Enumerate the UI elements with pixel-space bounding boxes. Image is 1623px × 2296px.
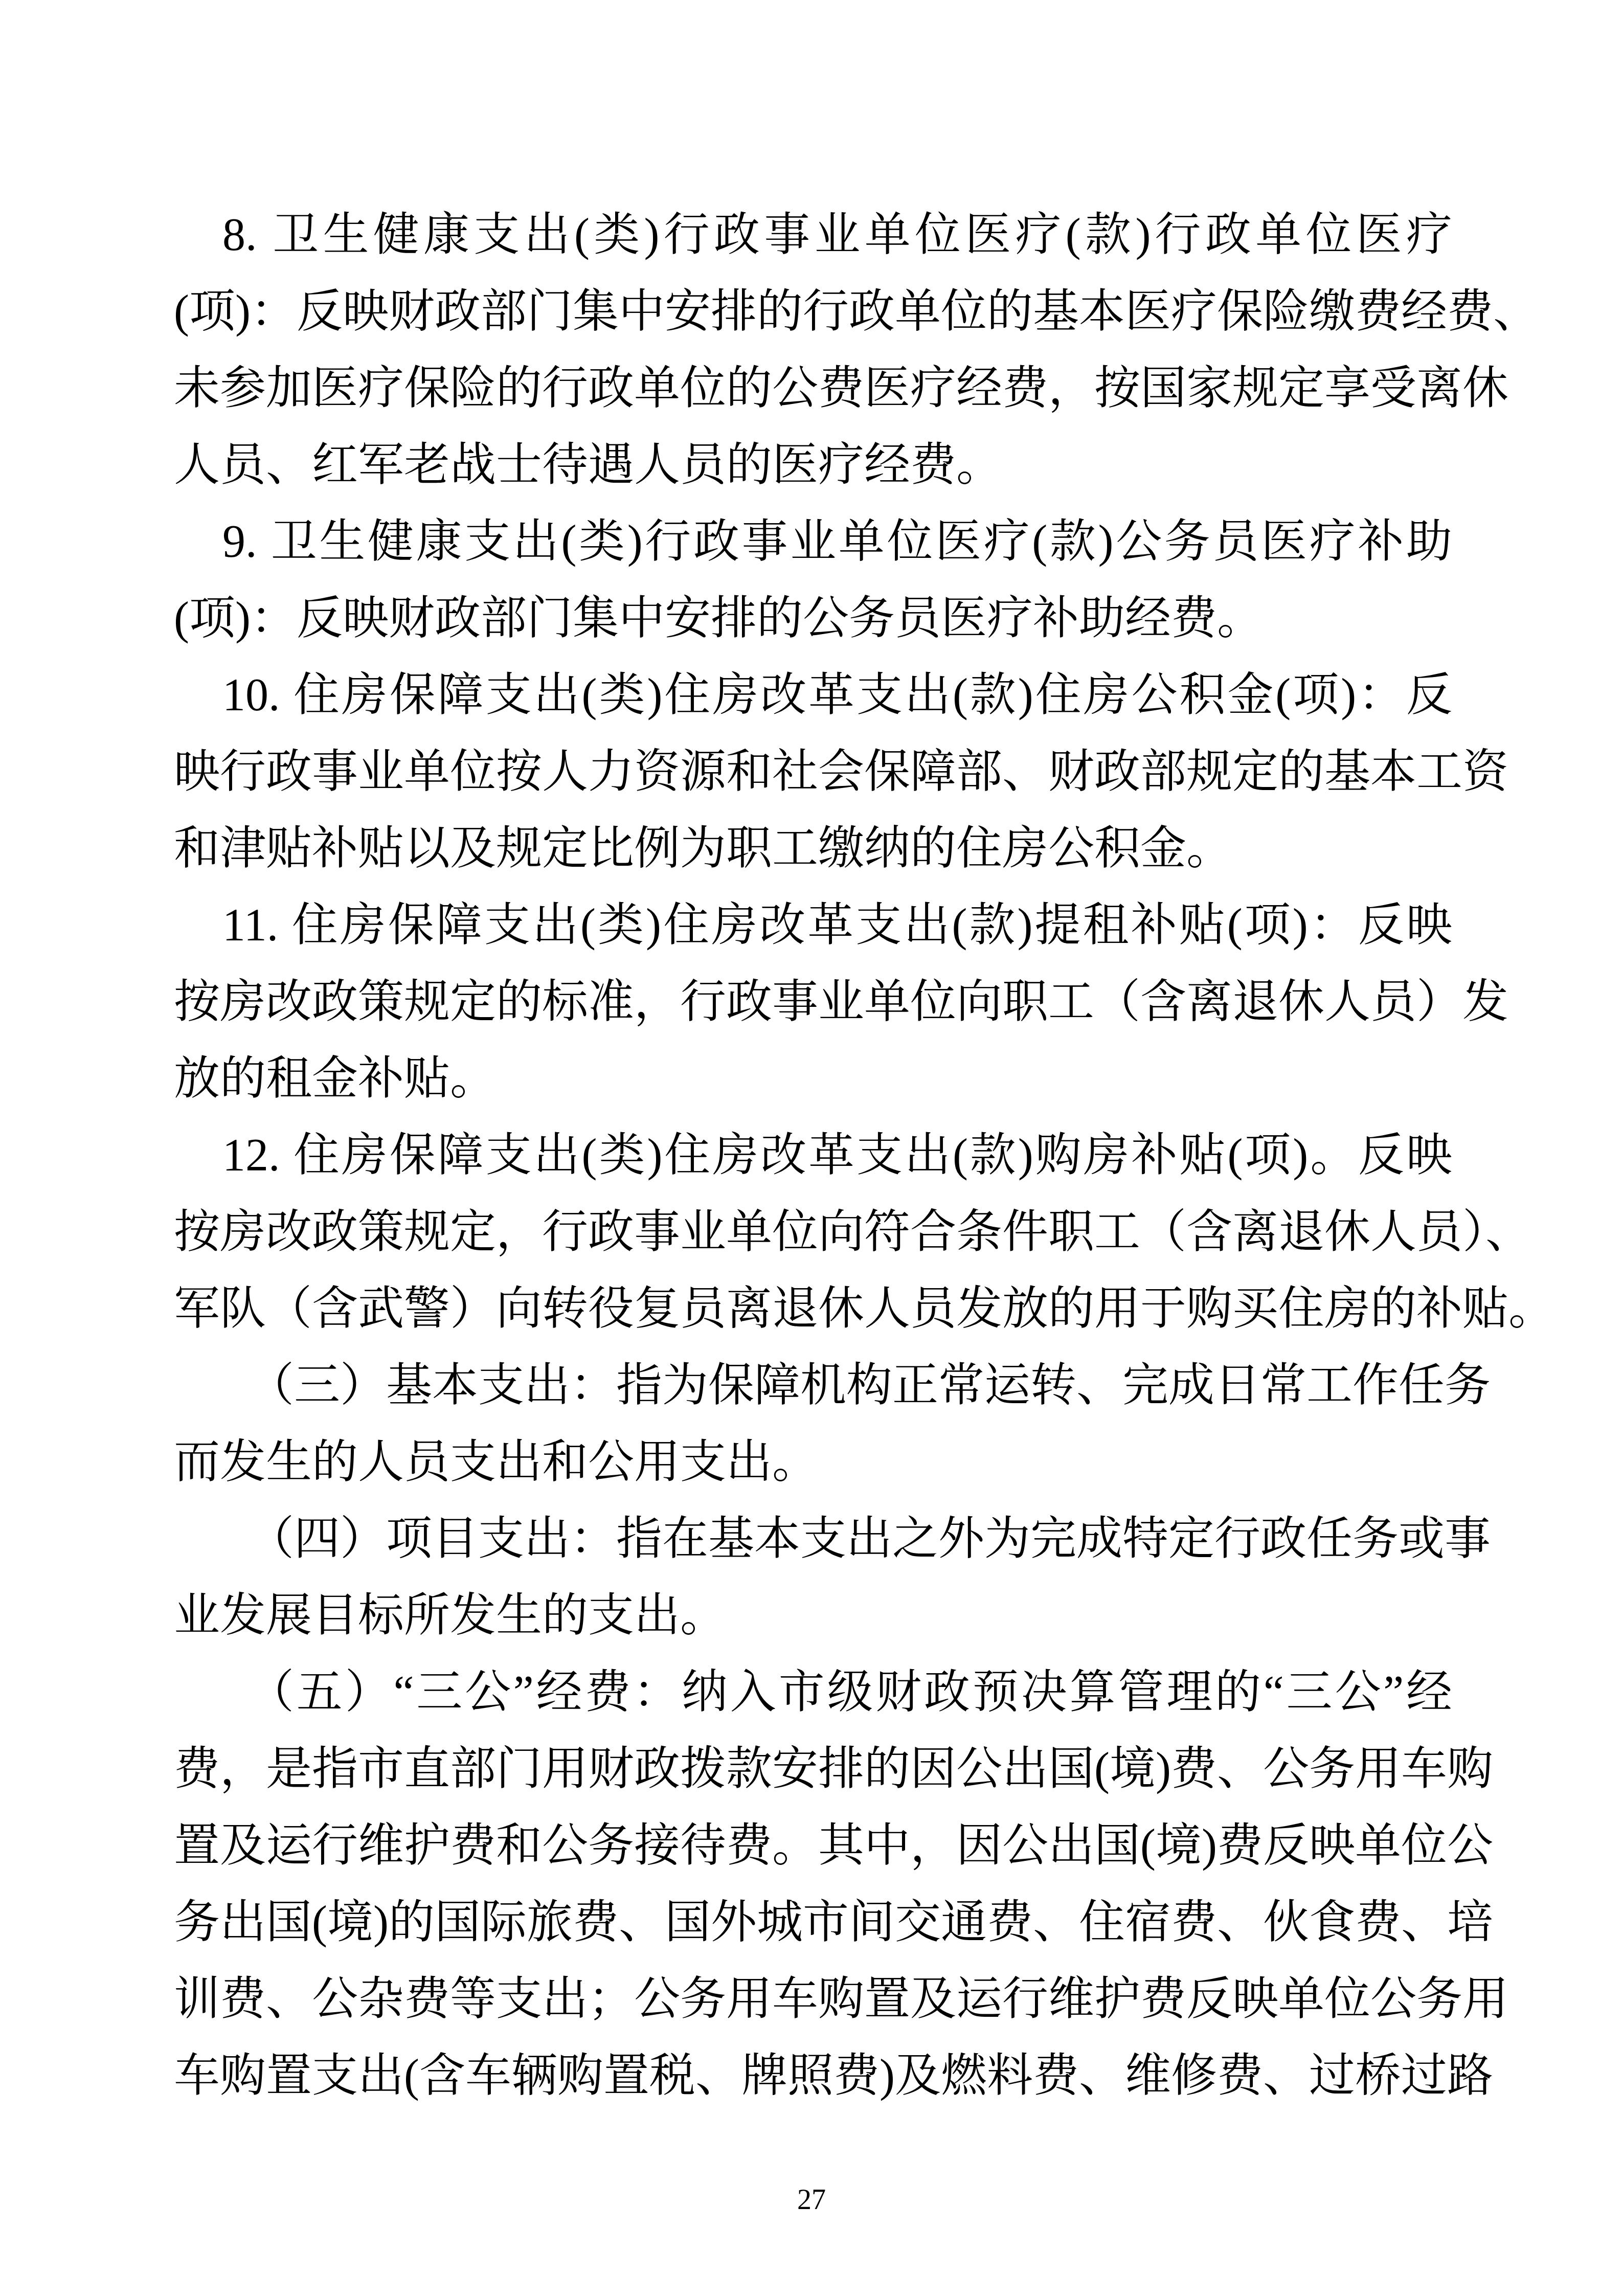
page-number: 27	[0, 2184, 1623, 2216]
text-line: 放的租金补贴。	[174, 1041, 1452, 1117]
text-line: (项)：反映财政部门集中安排的公务员医疗补助经费。	[174, 580, 1452, 657]
text-line: 军队（含武警）向转役复员离退休人员发放的用于购买住房的补贴。	[174, 1271, 1452, 1347]
text-line: 训费、公杂费等支出；公务用车购置及运行维护费反映单位公务用	[174, 1961, 1452, 2038]
text-line: （五）“三公”经费：纳入市级财政预决算管理的“三公”经	[174, 1654, 1452, 1731]
text-line: 11. 住房保障支出(类)住房改革支出(款)提租补贴(项)：反映	[174, 887, 1452, 964]
text-line: 未参加医疗保险的行政单位的公费医疗经费，按国家规定享受离休	[174, 350, 1452, 427]
text-line: 业发展目标所发生的支出。	[174, 1578, 1452, 1654]
text-line: 9. 卫生健康支出(类)行政事业单位医疗(款)公务员医疗补助	[174, 504, 1452, 580]
text-line: 和津贴补贴以及规定比例为职工缴纳的住房公积金。	[174, 811, 1452, 887]
text-line: 费，是指市直部门用财政拨款安排的因公出国(境)费、公务用车购	[174, 1731, 1452, 1808]
text-line: 按房改政策规定的标准，行政事业单位向职工（含离退休人员）发	[174, 964, 1452, 1041]
text-line: (项)：反映财政部门集中安排的行政单位的基本医疗保险缴费经费、	[174, 274, 1452, 350]
text-line: 按房改政策规定，行政事业单位向符合条件职工（含离退休人员）、	[174, 1194, 1452, 1271]
text-line: 务出国(境)的国际旅费、国外城市间交通费、住宿费、伙食费、培	[174, 1884, 1452, 1961]
document-page: 8. 卫生健康支出(类)行政事业单位医疗(款)行政单位医疗 (项)：反映财政部门…	[0, 0, 1623, 2296]
document-body: 8. 卫生健康支出(类)行政事业单位医疗(款)行政单位医疗 (项)：反映财政部门…	[174, 197, 1452, 2114]
text-line: 而发生的人员支出和公用支出。	[174, 1424, 1452, 1501]
text-line: 置及运行维护费和公务接待费。其中，因公出国(境)费反映单位公	[174, 1808, 1452, 1884]
text-line: 车购置支出(含车辆购置税、牌照费)及燃料费、维修费、过桥过路	[174, 2038, 1452, 2114]
text-line: 映行政事业单位按人力资源和社会保障部、财政部规定的基本工资	[174, 734, 1452, 811]
text-line: 人员、红军老战士待遇人员的医疗经费。	[174, 427, 1452, 504]
text-line: 10. 住房保障支出(类)住房改革支出(款)住房公积金(项)：反	[174, 657, 1452, 734]
text-line: 12. 住房保障支出(类)住房改革支出(款)购房补贴(项)。反映	[174, 1117, 1452, 1194]
text-line: 8. 卫生健康支出(类)行政事业单位医疗(款)行政单位医疗	[174, 197, 1452, 274]
text-line: （四）项目支出：指在基本支出之外为完成特定行政任务或事	[174, 1501, 1452, 1578]
text-line: （三）基本支出：指为保障机构正常运转、完成日常工作任务	[174, 1347, 1452, 1424]
